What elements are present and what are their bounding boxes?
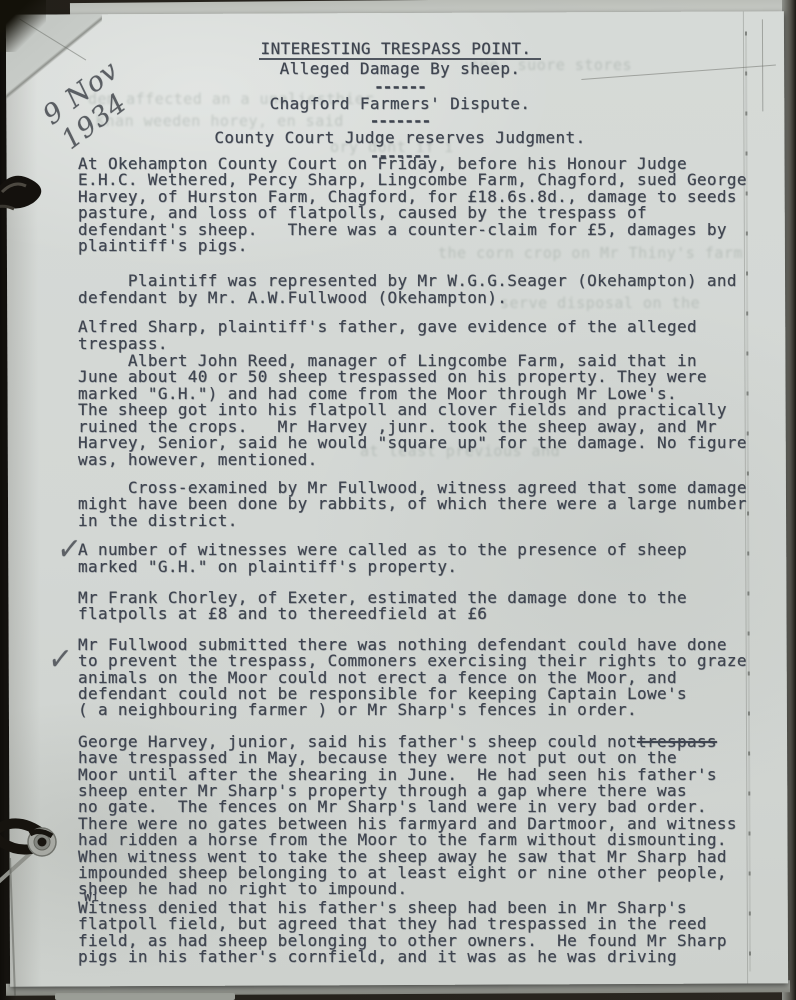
- binder-ring-bottom: [0, 823, 56, 996]
- paragraph-case-summary: At Okehampton County Court on Friday, be…: [78, 156, 778, 254]
- typed-correction: Wi: [84, 889, 99, 905]
- paragraph-witness-denied-text: Witness denied that his father's sheep h…: [78, 898, 727, 966]
- headline-title: INTERESTING TRESPASS POINT.: [259, 40, 542, 60]
- text-after-strike: have trespassed in May, because they wer…: [78, 748, 737, 898]
- binder-ring-top: [0, 176, 41, 209]
- separator-rule-1: ------: [140, 78, 660, 95]
- paragraph-witnesses: A number of witnesses were called as to …: [78, 542, 778, 575]
- paragraph-fullwood-submission: Mr Fullwood submitted there was nothing …: [78, 637, 778, 719]
- paragraph-albert-reed: Albert John Reed, manager of Lingcombe F…: [78, 353, 778, 468]
- paragraph-george-harvey: George Harvey, junior, said his father's…: [78, 734, 778, 898]
- separator-rule-2: -------: [140, 112, 660, 129]
- paragraph-alfred-sharp: Alfred Sharp, plaintiff's father, gave e…: [78, 319, 778, 352]
- headline-subtitle-1: Alleged Damage By sheep.: [140, 60, 660, 77]
- paragraph-frank-chorley: Mr Frank Chorley, of Exeter, estimated t…: [78, 590, 778, 623]
- headline-subtitle-2: Chagford Farmers' Dispute.: [140, 95, 660, 112]
- article-body: At Okehampton County Court on Friday, be…: [78, 156, 778, 965]
- top-right-page-crease-v: [762, 19, 763, 111]
- headline-block: INTERESTING TRESPASS POINT. Alleged Dama…: [140, 40, 660, 164]
- paragraph-cross-examined: Cross-examined by Mr Fullwood, witness a…: [78, 480, 778, 529]
- scanned-page-scene: sue, suore stores dem affected an a unal…: [0, 0, 796, 1000]
- paragraph-representation: Plaintiff was represented by Mr W.G.G.Se…: [78, 273, 778, 306]
- headline-subtitle-3: County Court Judge reserves Judgment.: [140, 129, 660, 146]
- paragraph-witness-denied: WiWitness denied that his father's sheep…: [78, 900, 778, 966]
